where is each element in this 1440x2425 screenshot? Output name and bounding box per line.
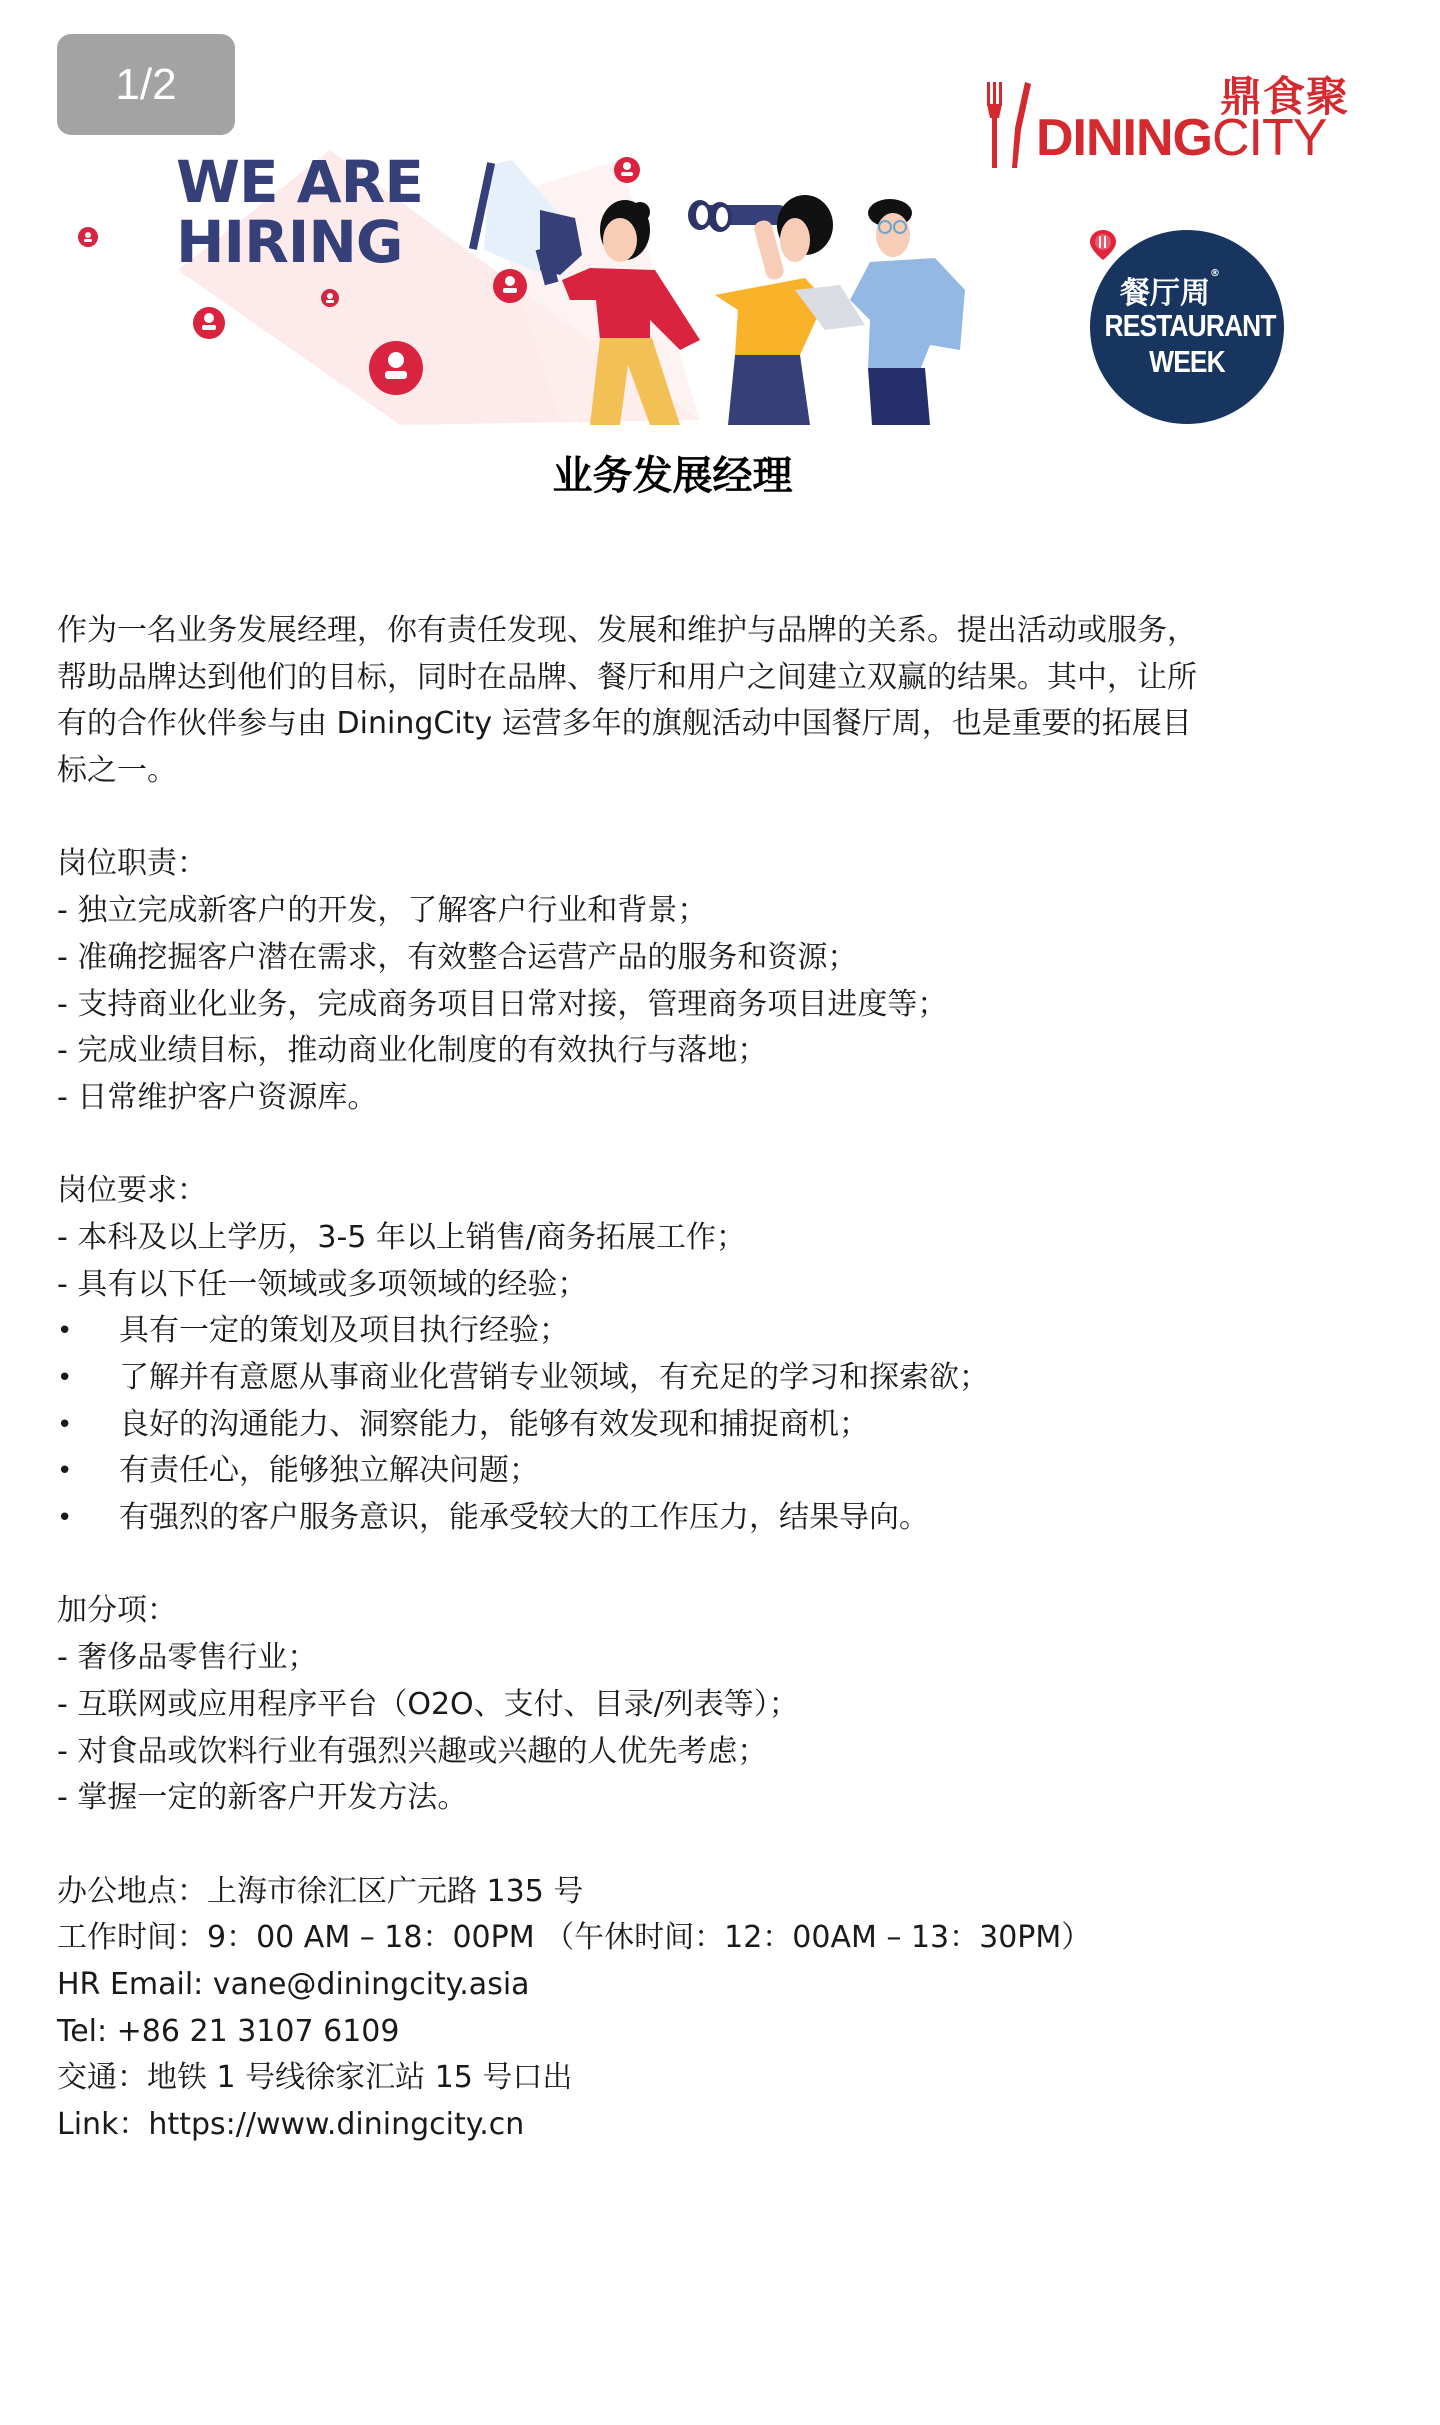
- bonus-section: 加分项： - 奢侈品零售行业； - 互联网或应用程序平台（O2O、支付、目录/列…: [57, 1588, 1357, 1821]
- list-item: - 日常维护客户资源库。: [57, 1075, 1357, 1122]
- telephone[interactable]: Tel: +86 21 3107 6109: [57, 2009, 1357, 2056]
- spacer: [57, 1122, 1357, 1169]
- list-item: - 独立完成新客户的开发，了解客户行业和背景；: [57, 888, 1357, 935]
- requirements-section: 岗位要求： - 本科及以上学历，3-5 年以上销售/商务拓展工作； - 具有以下…: [57, 1168, 1357, 1542]
- restaurant-week-en-line1: RESTAURANT: [1105, 308, 1270, 344]
- bullet-item: • 了解并有意愿从事商业化营销专业领域，有充足的学习和探索欲；: [57, 1355, 1357, 1402]
- headline-line-1: WE ARE: [176, 152, 423, 212]
- logo-english-name: DININGCITY: [1036, 110, 1326, 166]
- bullet-text: 良好的沟通能力、洞察能力，能够有效发现和捕捉商机；: [119, 1402, 869, 1449]
- list-item: - 准确挖掘客户潜在需求，有效整合运营产品的服务和资源；: [57, 935, 1357, 982]
- intro-line: 帮助品牌达到他们的目标，同时在品牌、餐厅和用户之间建立双赢的结果。其中，让所: [57, 655, 1357, 702]
- headline-line-2: HIRING: [176, 212, 423, 272]
- location-pin-icon: [1090, 230, 1116, 260]
- spacer: [57, 795, 1357, 842]
- registered-mark: ®: [1210, 268, 1220, 279]
- section-heading: 岗位职责：: [57, 841, 1357, 888]
- list-item: - 完成业绩目标，推动商业化制度的有效执行与落地；: [57, 1028, 1357, 1075]
- spacer: [57, 1542, 1357, 1589]
- bullet-icon: •: [57, 1402, 119, 1449]
- bullet-text: 具有一定的策划及项目执行经验；: [119, 1308, 569, 1355]
- restaurant-week-badge: 餐厅周® RESTAURANT WEEK: [1090, 230, 1284, 424]
- intro-paragraph: 作为一名业务发展经理，你有责任发现、发展和维护与品牌的关系。提出活动或服务， 帮…: [57, 608, 1357, 795]
- spacer: [57, 1822, 1357, 1869]
- transit-info: 交通：地铁 1 号线徐家汇站 15 号口出: [57, 2055, 1357, 2102]
- list-item: - 具有以下任一领域或多项领域的经验；: [57, 1262, 1357, 1309]
- page-indicator: 1/2: [57, 34, 235, 135]
- bullet-text: 有责任心，能够独立解决问题；: [119, 1448, 539, 1495]
- restaurant-week-cn: 餐厅周®: [1120, 268, 1220, 312]
- logo-city: CITY: [1212, 109, 1326, 167]
- list-item: - 本科及以上学历，3-5 年以上销售/商务拓展工作；: [57, 1215, 1357, 1262]
- logo-dining: DINING: [1036, 109, 1212, 167]
- list-item: - 支持商业化业务，完成商务项目日常对接，管理商务项目进度等；: [57, 982, 1357, 1029]
- list-item: - 奢侈品零售行业；: [57, 1635, 1357, 1682]
- bullet-icon: •: [57, 1495, 119, 1542]
- intro-line: 标之一。: [57, 748, 1357, 795]
- list-item: - 对食品或饮料行业有强烈兴趣或兴趣的人优先考虑；: [57, 1729, 1357, 1776]
- job-title: 业务发展经理: [0, 446, 1345, 506]
- list-item: - 互联网或应用程序平台（O2O、支付、目录/列表等）；: [57, 1682, 1357, 1729]
- bullet-icon: •: [57, 1355, 119, 1402]
- bullet-item: • 有责任心，能够独立解决问题；: [57, 1448, 1357, 1495]
- restaurant-week-cn-text: 餐厅周: [1120, 276, 1210, 311]
- office-address: 办公地点：上海市徐汇区广元路 135 号: [57, 1869, 1357, 1916]
- website-link[interactable]: Link：https://www.diningcity.cn: [57, 2102, 1357, 2149]
- bullet-item: • 有强烈的客户服务意识，能承受较大的工作压力，结果导向。: [57, 1495, 1357, 1542]
- responsibilities-section: 岗位职责： - 独立完成新客户的开发，了解客户行业和背景； - 准确挖掘客户潜在…: [57, 841, 1357, 1121]
- bullet-text: 有强烈的客户服务意识，能承受较大的工作压力，结果导向。: [119, 1495, 929, 1542]
- intro-line: 作为一名业务发展经理，你有责任发现、发展和维护与品牌的关系。提出活动或服务，: [57, 608, 1357, 655]
- hr-email[interactable]: HR Email: vane@diningcity.asia: [57, 1962, 1357, 2009]
- bullet-text: 了解并有意愿从事商业化营销专业领域，有充足的学习和探索欲；: [119, 1355, 989, 1402]
- working-hours: 工作时间：9：00 AM – 18：00PM （午休时间：12：00AM – 1…: [57, 1915, 1357, 1962]
- section-heading: 岗位要求：: [57, 1168, 1357, 1215]
- bullet-item: • 良好的沟通能力、洞察能力，能够有效发现和捕捉商机；: [57, 1402, 1357, 1449]
- job-description: 作为一名业务发展经理，你有责任发现、发展和维护与品牌的关系。提出活动或服务， 帮…: [57, 608, 1357, 2149]
- fork-knife-icon: [985, 82, 1035, 172]
- hiring-headline: WE ARE HIRING: [176, 152, 423, 272]
- bullet-icon: •: [57, 1308, 119, 1355]
- intro-line: 有的合作伙伴参与由 DiningCity 运营多年的旗舰活动中国餐厅周，也是重要…: [57, 701, 1357, 748]
- bullet-icon: •: [57, 1448, 119, 1495]
- contact-section: 办公地点：上海市徐汇区广元路 135 号 工作时间：9：00 AM – 18：0…: [57, 1869, 1357, 2149]
- section-heading: 加分项：: [57, 1588, 1357, 1635]
- restaurant-week-en-line2: WEEK: [1105, 344, 1270, 380]
- list-item: - 掌握一定的新客户开发方法。: [57, 1775, 1357, 1822]
- bullet-item: • 具有一定的策划及项目执行经验；: [57, 1308, 1357, 1355]
